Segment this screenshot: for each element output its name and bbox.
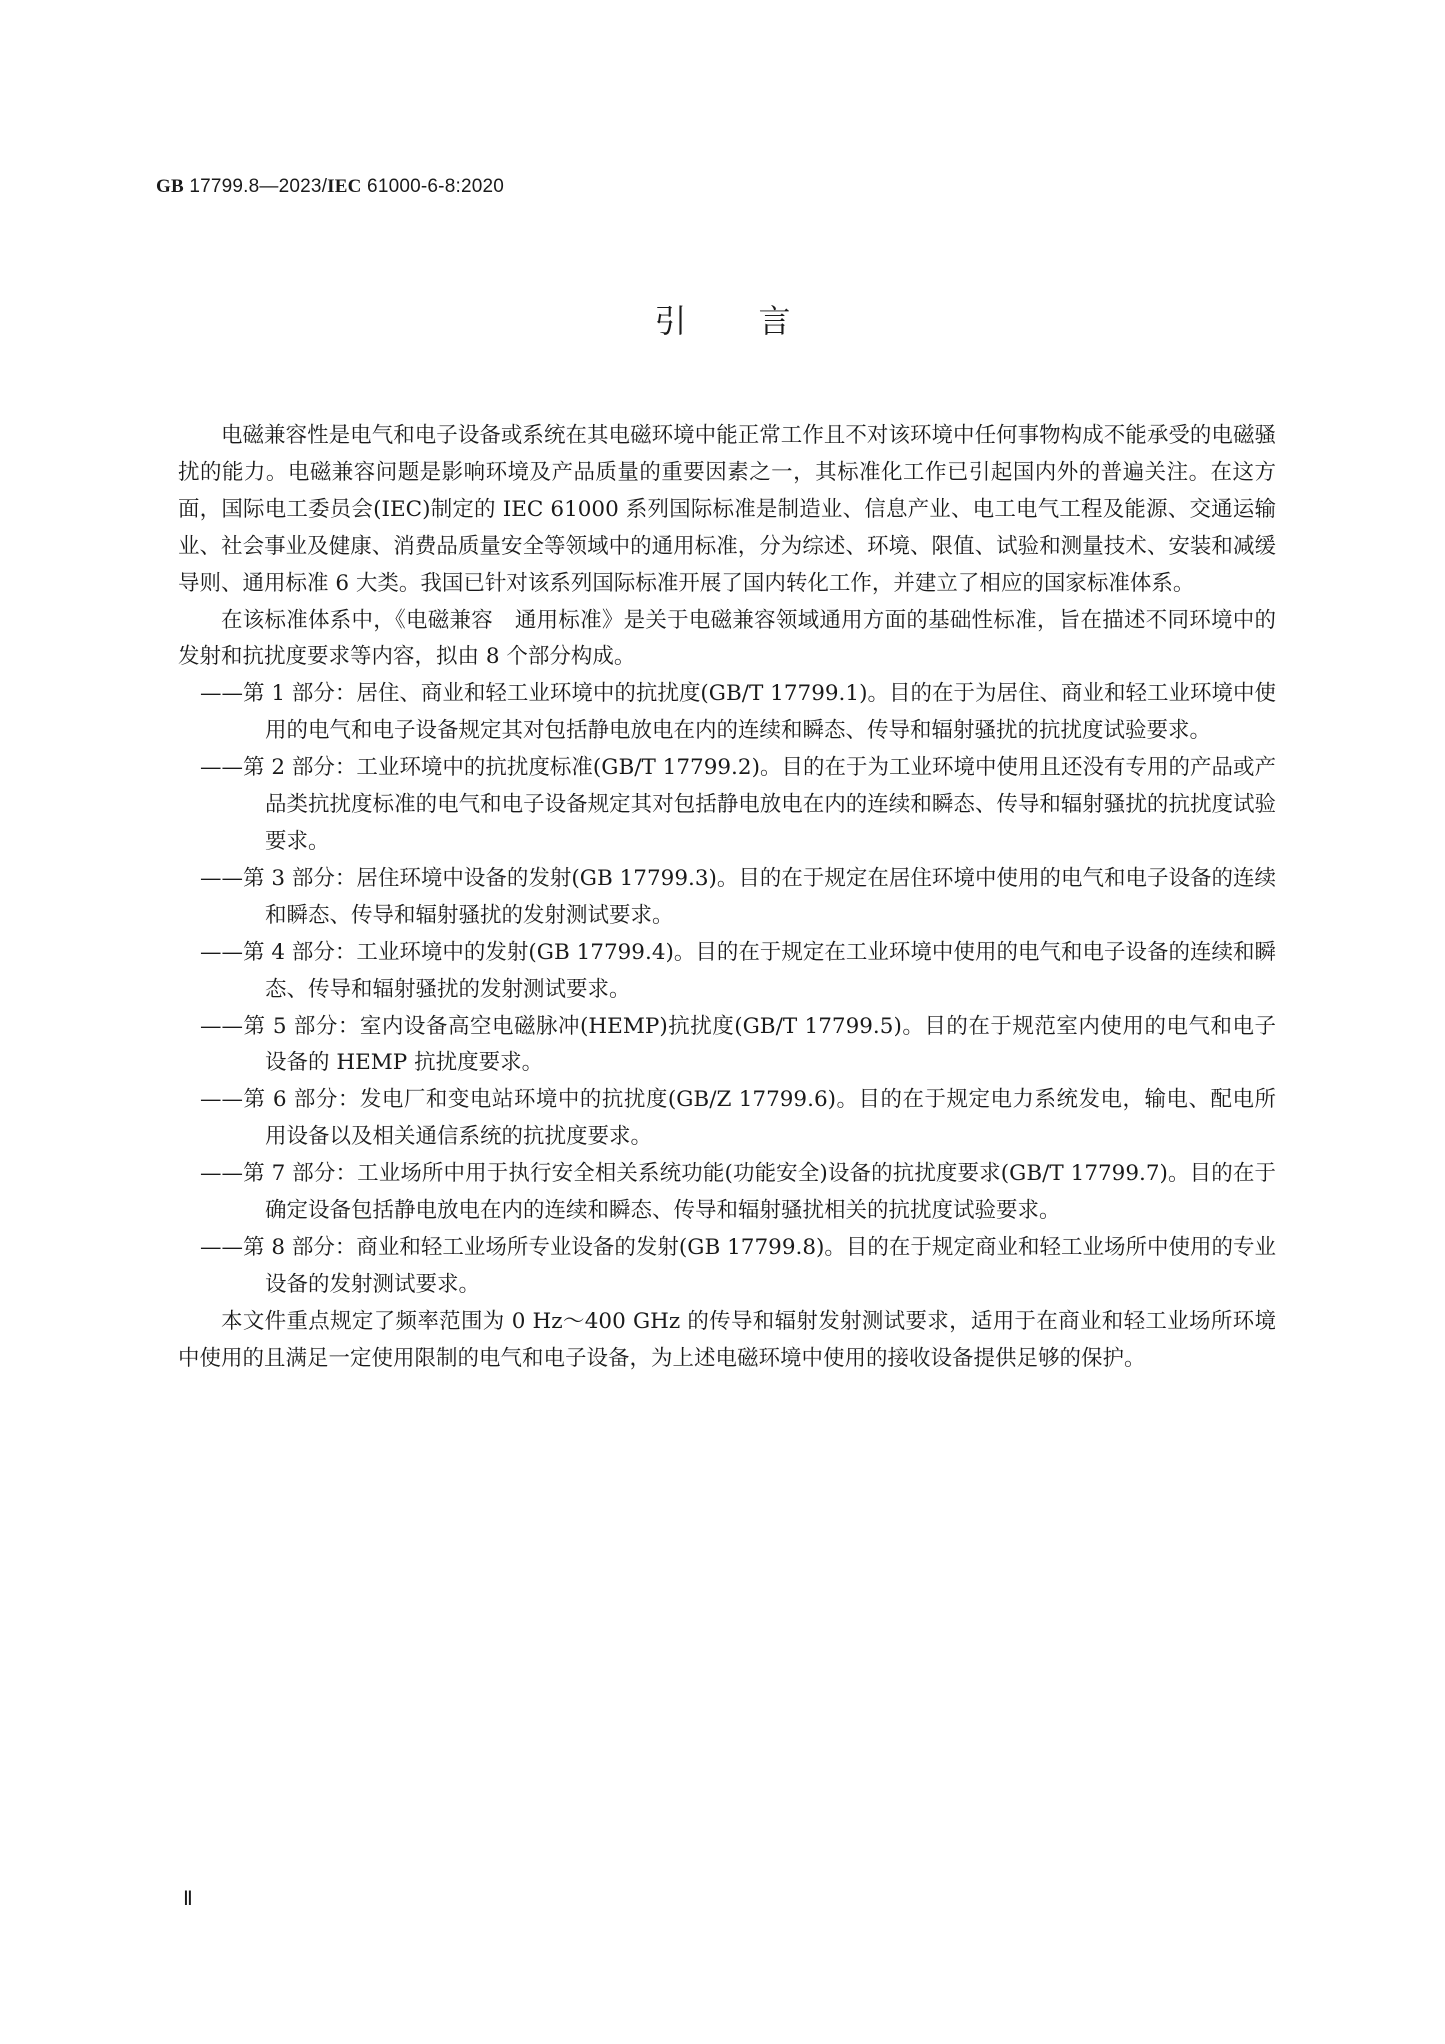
standard-number: 17799.8—2023/ (189, 176, 327, 197)
page-number: Ⅱ (183, 1886, 193, 1911)
list-item-text: 第 7 部分：工业场所中用于执行安全相关系统功能(功能安全)设备的抗扰度要求(G… (243, 1161, 1276, 1223)
list-item-text: 第 8 部分：商业和轻工业场所专业设备的发射(GB 17799.8)。目的在于规… (243, 1235, 1276, 1297)
list-item: ——第 3 部分：居住环境中设备的发射(GB 17799.3)。目的在于规定在居… (178, 861, 1276, 935)
list-dash: —— (200, 1087, 243, 1112)
document-body: 电磁兼容性是电气和电子设备或系统在其电磁环境中能正常工作且不对该环境中任何事物构… (178, 418, 1276, 1378)
list-item-text: 第 3 部分：居住环境中设备的发射(GB 17799.3)。目的在于规定在居住环… (243, 866, 1276, 928)
document-header: GB 17799.8—2023/IEC 61000-6-8:2020 (156, 176, 504, 198)
iec-number: 61000-6-8:2020 (367, 176, 504, 197)
list-dash: —— (200, 681, 243, 706)
list-item: ——第 6 部分：发电厂和变电站环境中的抗扰度(GB/Z 17799.6)。目的… (178, 1082, 1276, 1156)
list-item-text: 第 6 部分：发电厂和变电站环境中的抗扰度(GB/Z 17799.6)。目的在于… (243, 1087, 1276, 1149)
list-dash: —— (200, 1014, 243, 1039)
list-item: ——第 8 部分：商业和轻工业场所专业设备的发射(GB 17799.8)。目的在… (178, 1230, 1276, 1304)
list-item: ——第 1 部分：居住、商业和轻工业环境中的抗扰度(GB/T 17799.1)。… (178, 676, 1276, 750)
list-item-text: 第 4 部分：工业环境中的发射(GB 17799.4)。目的在于规定在工业环境中… (243, 940, 1276, 1002)
list-item-text: 第 1 部分：居住、商业和轻工业环境中的抗扰度(GB/T 17799.1)。目的… (243, 681, 1276, 743)
list-dash: —— (200, 940, 243, 965)
list-item: ——第 7 部分：工业场所中用于执行安全相关系统功能(功能安全)设备的抗扰度要求… (178, 1156, 1276, 1230)
list-dash: —— (200, 1235, 243, 1260)
list-item-text: 第 2 部分：工业环境中的抗扰度标准(GB/T 17799.2)。目的在于为工业… (243, 755, 1276, 854)
iec-prefix: IEC (327, 176, 361, 197)
list-item-text: 第 5 部分：室内设备高空电磁脉冲(HEMP)抗扰度(GB/T 17799.5)… (243, 1014, 1276, 1076)
list-item: ——第 4 部分：工业环境中的发射(GB 17799.4)。目的在于规定在工业环… (178, 935, 1276, 1009)
standard-prefix: GB (156, 176, 184, 197)
list-dash: —— (200, 866, 243, 891)
list-dash: —— (200, 755, 243, 780)
scope-paragraph: 本文件重点规定了频率范围为 0 Hz～400 GHz 的传导和辐射发射测试要求，… (178, 1304, 1276, 1378)
series-paragraph: 在该标准体系中，《电磁兼容 通用标准》是关于电磁兼容领域通用方面的基础性标准，旨… (178, 603, 1276, 677)
intro-paragraph: 电磁兼容性是电气和电子设备或系统在其电磁环境中能正常工作且不对该环境中任何事物构… (178, 418, 1276, 603)
list-item: ——第 5 部分：室内设备高空电磁脉冲(HEMP)抗扰度(GB/T 17799.… (178, 1009, 1276, 1083)
section-title: 引言 (0, 296, 1445, 342)
list-dash: —— (200, 1161, 243, 1186)
list-item: ——第 2 部分：工业环境中的抗扰度标准(GB/T 17799.2)。目的在于为… (178, 750, 1276, 861)
